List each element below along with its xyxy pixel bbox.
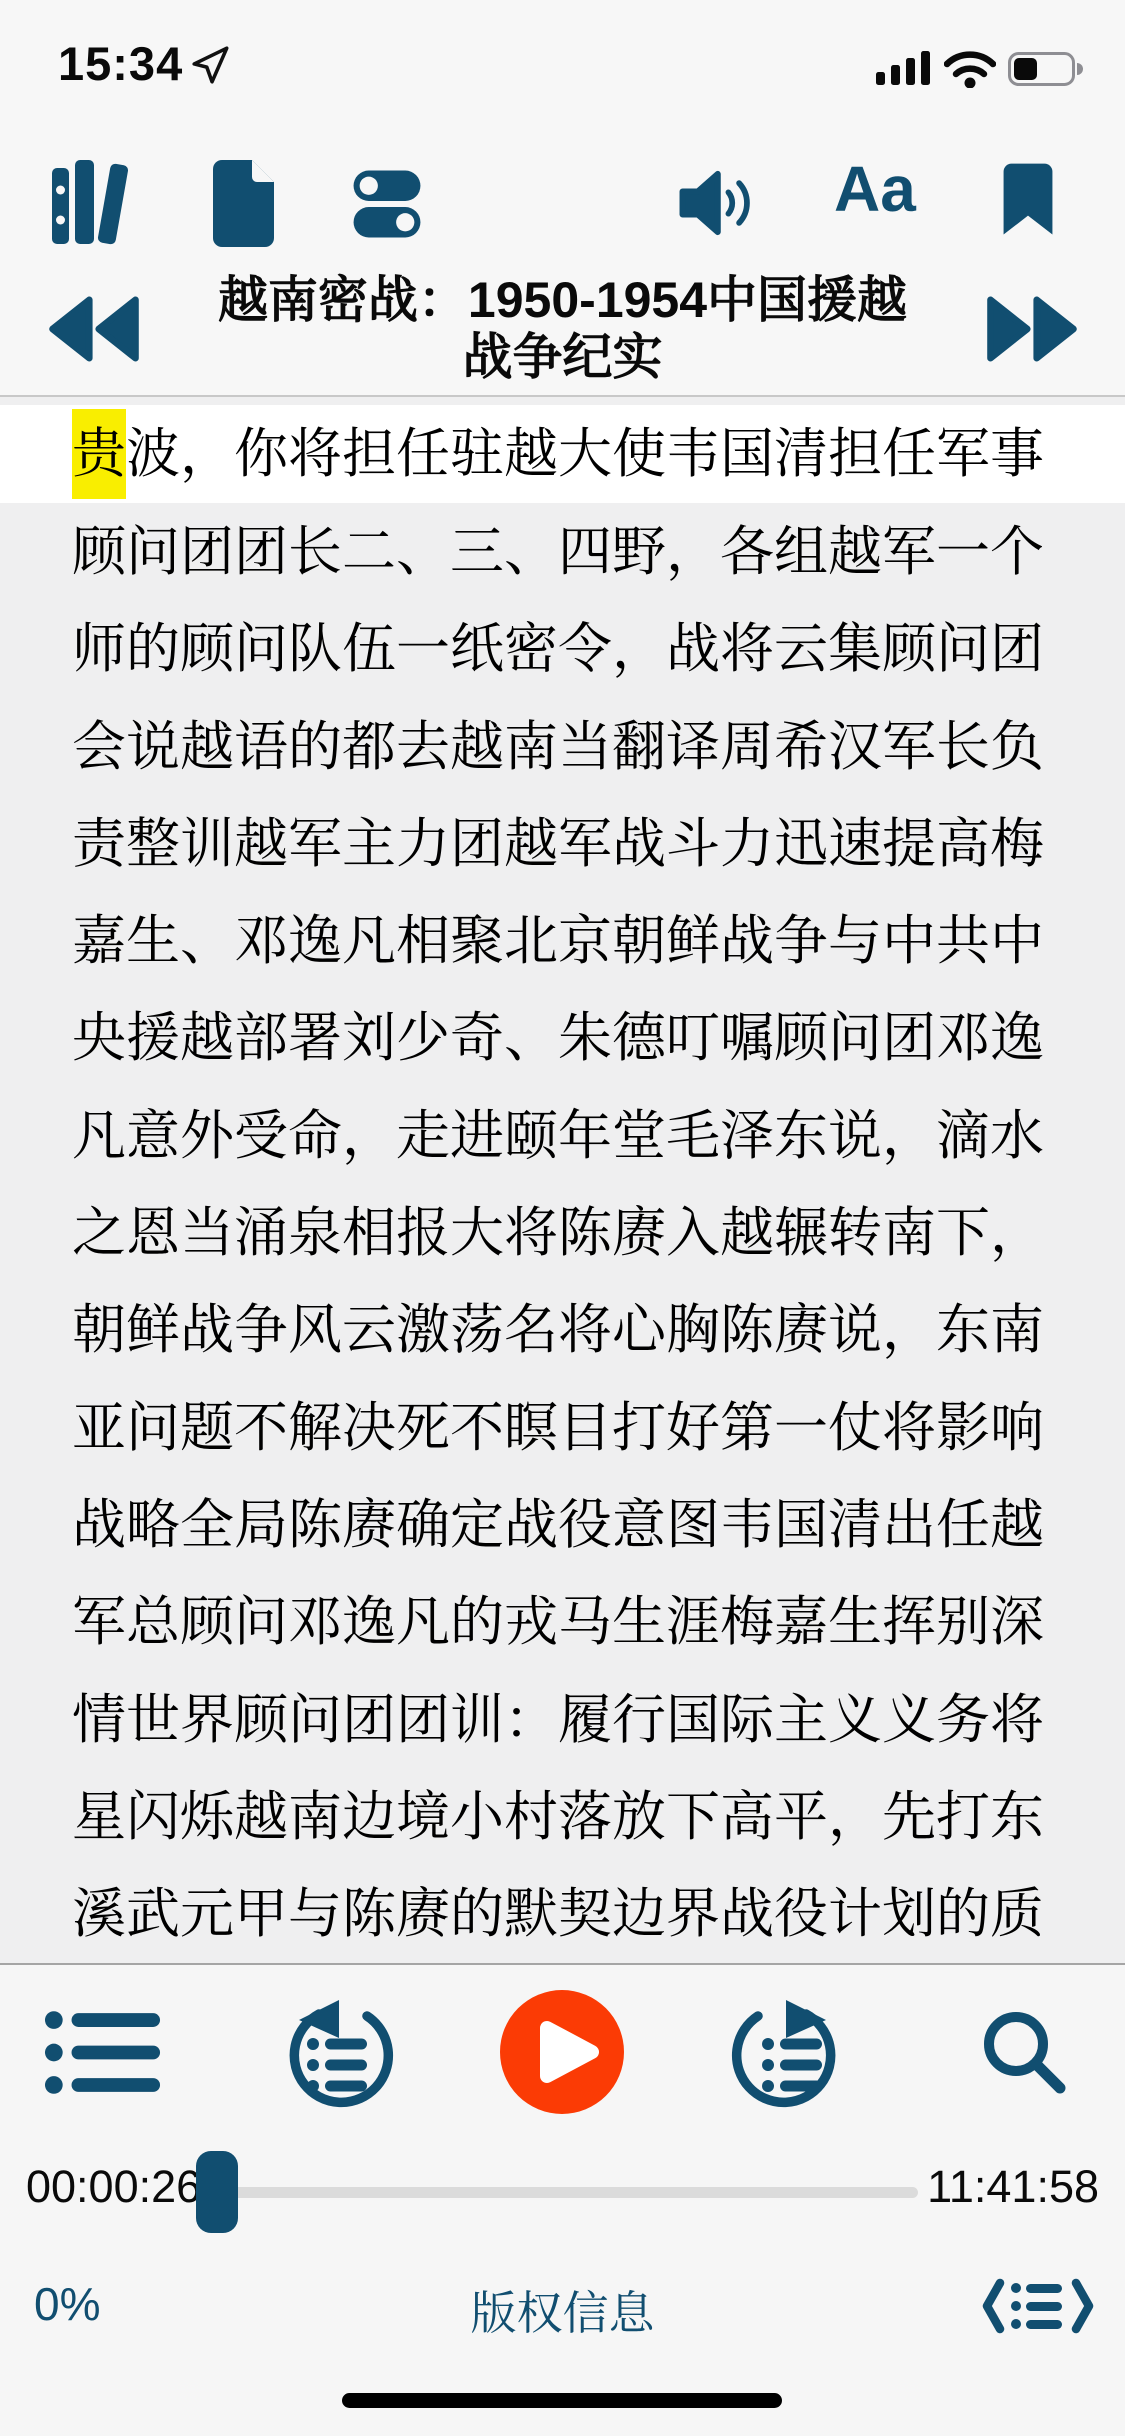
- cellular-signal-icon: [876, 50, 934, 86]
- body-text-lines: 顾问团团长二、三、四野，各组越军一个师的顾问队伍一纸密令，战将云集顾问团会说越语…: [0, 503, 1125, 1962]
- speaker-icon[interactable]: [678, 162, 762, 244]
- next-section-button[interactable]: [730, 1992, 850, 2112]
- text-line: 师的顾问队伍一纸密令，战将云集顾问团: [72, 600, 1125, 697]
- reading-progress-percent: 0%: [34, 2277, 100, 2331]
- tts-highlight-char: 贵: [72, 424, 126, 484]
- text-line: 星闪烁越南边境小村落放下高平，先打东: [72, 1768, 1125, 1865]
- elapsed-time: 00:00:26: [26, 2161, 201, 2213]
- play-button[interactable]: [500, 1990, 624, 2114]
- current-sentence-band: 贵波，你将担任驻越大使韦国清担任军事: [0, 405, 1125, 503]
- wifi-icon: [944, 50, 996, 88]
- text-line: 会说越语的都去越南当翻译周希汉军长负: [72, 698, 1125, 795]
- current-line-rest: 波，你将担任驻越大使韦国清担任军事: [126, 424, 1044, 484]
- text-line: 之恩当涌泉相报大将陈赓入越辗转南下，: [72, 1184, 1125, 1281]
- player-panel: 00:00:26 11:41:58 0% 版权信息: [0, 1963, 1125, 2436]
- page-list-nav-icon[interactable]: [982, 2275, 1094, 2337]
- table-of-contents-button[interactable]: [44, 2006, 162, 2100]
- next-chapter-button[interactable]: [984, 296, 1080, 362]
- text-line: 央援越部署刘少奇、朱德叮嘱顾问团邓逸: [72, 989, 1125, 1086]
- text-line: 嘉生、邓逸凡相聚北京朝鲜战争与中共中: [72, 892, 1125, 989]
- seek-bar-track[interactable]: [196, 2187, 918, 2198]
- status-time: 15:34: [58, 36, 183, 91]
- book-title-line1: 越南密战：1950-1954中国援越: [183, 272, 943, 329]
- text-line: 军总顾问邓逸凡的戎马生涯梅嘉生挥别深: [72, 1573, 1125, 1670]
- location-arrow-icon: [190, 44, 232, 86]
- copyright-info-link[interactable]: 版权信息: [471, 2277, 655, 2343]
- reader-screen: 15:34 Aa: [0, 0, 1125, 2436]
- book-title-line2: 战争纪实: [183, 329, 943, 386]
- text-line: 溪武元甲与陈赓的默契边界战役计划的质: [72, 1865, 1125, 1962]
- battery-icon: [1008, 52, 1084, 86]
- previous-section-button[interactable]: [275, 1992, 395, 2112]
- search-icon[interactable]: [978, 2006, 1068, 2096]
- text-line: 责整训越军主力团越军战斗力迅速提高梅: [72, 795, 1125, 892]
- text-line: 朝鲜战争风云激荡名将心胸陈赓说，东南: [72, 1281, 1125, 1378]
- seek-bar-thumb[interactable]: [196, 2151, 238, 2233]
- home-indicator[interactable]: [342, 2393, 782, 2408]
- previous-chapter-button[interactable]: [46, 296, 142, 362]
- text-size-button[interactable]: Aa: [834, 152, 916, 226]
- text-line: 情世界顾问团团训：履行国际主义义务将: [72, 1671, 1125, 1768]
- text-line: 战略全局陈赓确定战役意图韦国清出任越: [72, 1476, 1125, 1573]
- bookmark-icon[interactable]: [1002, 152, 1054, 247]
- reading-area: 贵波，你将担任驻越大使韦国清担任军事 顾问团团长二、三、四野，各组越军一个师的顾…: [0, 397, 1125, 1963]
- current-text-line: 贵波，你将担任驻越大使韦国清担任军事: [0, 405, 1125, 503]
- text-line: 亚问题不解决死不瞑目打好第一仗将影响: [72, 1379, 1125, 1476]
- library-icon[interactable]: [48, 158, 144, 248]
- text-line: 凡意外受命，走进颐年堂毛泽东说，滴水: [72, 1087, 1125, 1184]
- total-time: 11:41:58: [927, 2161, 1099, 2213]
- text-line: 顾问团团长二、三、四野，各组越军一个: [72, 503, 1125, 600]
- toggles-icon[interactable]: [348, 166, 426, 242]
- document-icon[interactable]: [210, 158, 276, 248]
- book-title: 越南密战：1950-1954中国援越 战争纪实: [183, 272, 943, 386]
